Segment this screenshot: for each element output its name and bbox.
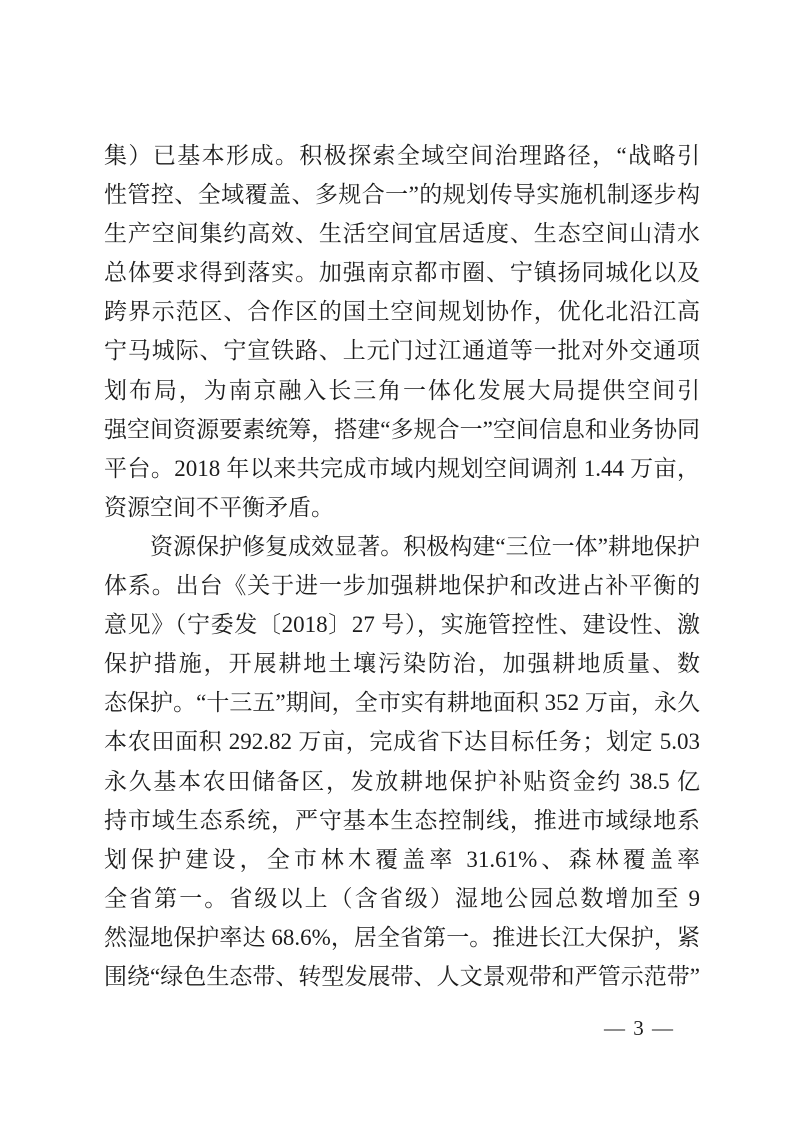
text-line: 性管控、全域覆盖、多规合一”的规划传导实施机制逐步构建， <box>104 175 700 214</box>
text-line: 本农田面积 292.82 万亩，完成省下达目标任务；划定 5.03 万亩 <box>104 722 700 761</box>
text-line: 集）已基本形成。积极探索全域空间治理路径，“战略引领、刚 <box>104 136 700 175</box>
text-line: 总体要求得到落实。加强南京都市圈、宁镇扬同城化以及一批 <box>104 253 700 292</box>
text-line: 划保护建设，全市林木覆盖率 31.61%、森林覆盖率 25.86%，居 <box>104 840 700 879</box>
text-line: 意见》（宁委发〔2018〕27 号），实施管控性、建设性、激励性 <box>104 605 700 644</box>
document-page: 集）已基本形成。积极探索全域空间治理路径，“战略引领、刚 性管控、全域覆盖、多规… <box>0 0 800 1132</box>
text-line: 然湿地保护率达 68.6%，居全省第一。推进长江大保护，紧紧 <box>104 918 700 957</box>
page-number: — 3 — <box>604 1016 675 1041</box>
text-line: 持市域生态系统，严守基本生态控制线，推进市域绿地系统规 <box>104 801 700 840</box>
text-line: 强空间资源要素统筹，搭建“多规合一”空间信息和业务协同 <box>104 410 700 449</box>
text-line: 资源空间不平衡矛盾。 <box>104 488 700 527</box>
text-line: 全省第一。省级以上（含省级）湿地公园总数增加至 9 个，自 <box>104 879 700 918</box>
text-line: 围绕“绿色生态带、转型发展带、人文景观带和严管示范带” <box>104 957 700 996</box>
text-line: 永久基本农田储备区，发放耕地保护补贴资金约 38.5 亿元。坚 <box>104 762 700 801</box>
text-line: 保护措施，开展耕地土壤污染防治，加强耕地质量、数量、生 <box>104 644 700 683</box>
text-line: 态保护。“十三五”期间，全市实有耕地面积 352 万亩，永久基 <box>104 683 700 722</box>
text-line: 资源保护修复成效显著。积极构建“三位一体”耕地保护 <box>104 527 700 566</box>
text-line: 跨界示范区、合作区的国土空间规划协作，优化北沿江高铁、 <box>104 292 700 331</box>
body-text: 集）已基本形成。积极探索全域空间治理路径，“战略引领、刚 性管控、全域覆盖、多规… <box>104 136 700 996</box>
text-line: 划布局，为南京融入长三角一体化发展大局提供空间引导。加 <box>104 371 700 410</box>
text-line: 生产空间集约高效、生活空间宜居适度、生态空间山清水秀的 <box>104 214 700 253</box>
text-line: 体系。出台《关于进一步加强耕地保护和改进占补平衡的实施 <box>104 566 700 605</box>
text-line: 宁马城际、宁宣铁路、上元门过江通道等一批对外交通项目规 <box>104 331 700 370</box>
text-line: 平台。2018 年以来共完成市域内规划空间调剂 1.44 万亩，缓解 <box>104 449 700 488</box>
